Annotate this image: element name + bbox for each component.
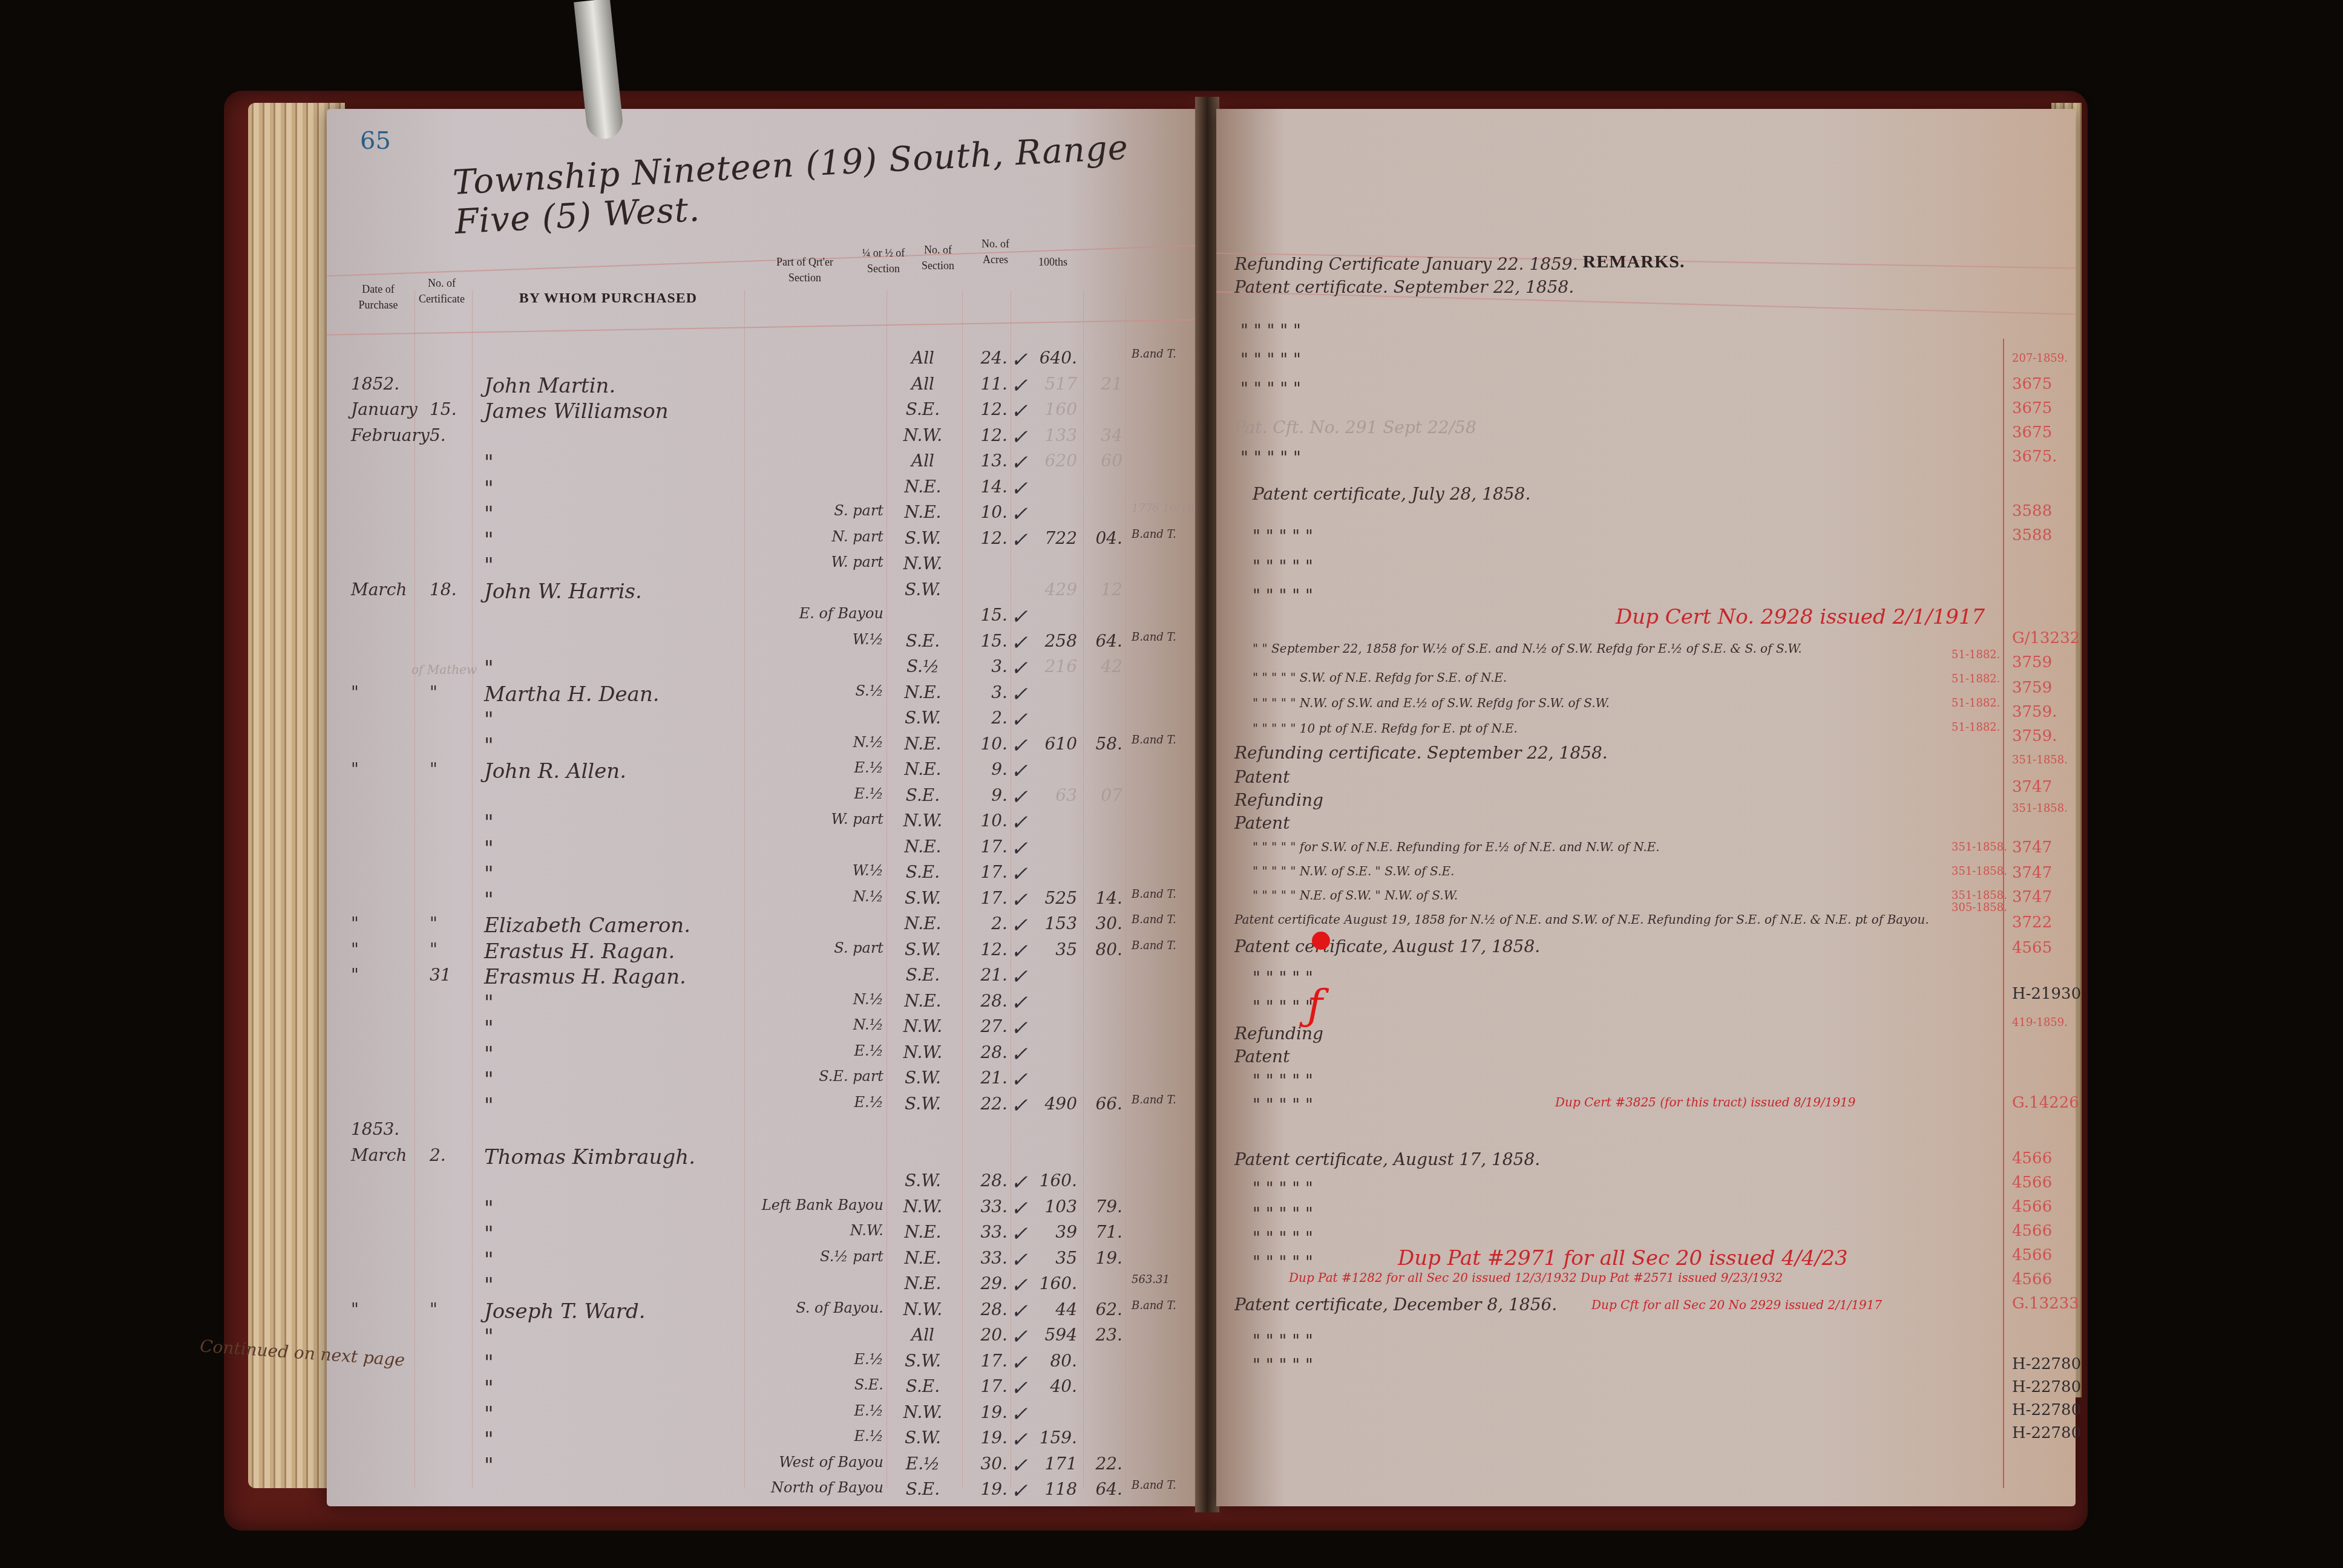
section-no: 17. — [965, 1351, 1008, 1371]
table-row: "Left Bank BayouN.W.33.✓10379. — [327, 1197, 1198, 1220]
section-no: 30. — [965, 1454, 1008, 1474]
quarter-section: S.E. — [886, 1376, 959, 1396]
table-row: W.½S.E.15.✓25864.B.and T. — [327, 631, 1198, 654]
table-row: March2.Thomas Kimbraugh. — [327, 1145, 1198, 1168]
purchase-date: " — [351, 939, 359, 959]
check-mark-icon: ✓ — [1011, 1376, 1028, 1400]
section-no: 3. — [965, 682, 1008, 702]
remark-entry: " " September 22, 1858 for W.½ of S.E. a… — [1253, 641, 1802, 656]
part-of-quarter: N.½ — [744, 991, 883, 1008]
bond-note: B.and T. — [1132, 348, 1176, 361]
remark-entry: " " " " " — [1240, 448, 1301, 468]
margin-number: H-21930 — [2012, 985, 2081, 1003]
purchase-date: " — [351, 1299, 359, 1319]
margin-number: 207-1859. — [2012, 352, 2068, 365]
check-mark-icon: ✓ — [1011, 862, 1028, 886]
purchaser-name: " — [484, 1094, 494, 1118]
header-by-whom-purchased: BY WHOM PURCHASED — [478, 290, 738, 306]
check-mark-icon: ✓ — [1011, 965, 1028, 989]
check-mark-icon: ✓ — [1011, 1325, 1028, 1349]
acres: 429 — [1029, 580, 1077, 599]
section-no: 22. — [965, 1094, 1008, 1114]
certificate-no: 15. — [430, 399, 466, 419]
page-number: 65 — [360, 127, 391, 155]
certificate-no: " — [430, 759, 466, 779]
remark-entry: " " " " " — [1240, 321, 1301, 341]
purchaser-name: " — [484, 528, 494, 552]
quarter-section: S.E. — [886, 1479, 959, 1499]
margin-number: 4566 — [2012, 1270, 2052, 1289]
quarter-section: N.E. — [886, 682, 959, 702]
margin-number: 3675 — [2012, 375, 2052, 393]
section-no: 10. — [965, 811, 1008, 831]
acres: 118 — [1029, 1479, 1077, 1499]
table-row: "All20.✓59423. — [327, 1325, 1198, 1348]
purchaser-name: " — [484, 1454, 494, 1478]
part-of-quarter: W. part — [744, 811, 883, 828]
margin-number: G.14226 — [2012, 1094, 2079, 1112]
purchase-date: January — [351, 399, 418, 419]
check-mark-icon: ✓ — [1011, 1351, 1028, 1375]
margin-number: 4566 — [2012, 1174, 2052, 1192]
section-no: 17. — [965, 837, 1008, 857]
acres: 35 — [1029, 1248, 1077, 1268]
acres: 44 — [1029, 1299, 1077, 1319]
remark-entry: Patent — [1234, 813, 1289, 833]
check-mark-icon: ✓ — [1011, 1222, 1028, 1246]
purchaser-name: Erastus H. Ragan. — [484, 939, 675, 964]
hundredths: 14. — [1086, 888, 1122, 908]
purchaser-name: " — [484, 477, 494, 501]
header-hundredths: 100ths — [1029, 254, 1077, 270]
purchaser-name: Martha H. Dean. — [484, 682, 660, 707]
section-no: 10. — [965, 502, 1008, 522]
quarter-section: N.W. — [886, 811, 959, 831]
red-annotation: Dup Cert No. 2928 issued 2/1/1917 — [1616, 605, 1985, 629]
section-no: 24. — [965, 348, 1008, 368]
quarter-section: S.E. — [886, 965, 959, 985]
quarter-section: S.E. — [886, 862, 959, 882]
remark-entry: Patent — [1234, 1047, 1289, 1067]
margin-number: 4566 — [2012, 1198, 2052, 1216]
bond-note: B.and T. — [1132, 528, 1176, 541]
check-mark-icon: ✓ — [1011, 811, 1028, 835]
purchaser-name: " — [484, 1428, 494, 1452]
margin-number: 3675 — [2012, 399, 2052, 417]
purchaser-name: " — [484, 502, 494, 526]
bond-note: B.and T. — [1132, 888, 1176, 901]
margin-number: 3759 — [2012, 679, 2052, 697]
check-mark-icon: ✓ — [1011, 888, 1028, 912]
table-row: "N.½N.W.27.✓ — [327, 1016, 1198, 1039]
margin-number: 3722 — [2012, 913, 2052, 932]
table-row: "N.E.17.✓ — [327, 837, 1198, 860]
table-row: "N.½S.W.17.✓52514.B.and T. — [327, 888, 1198, 911]
bond-note: B.and T. — [1132, 1479, 1176, 1492]
quarter-section: All — [886, 451, 959, 471]
table-row: "W. partN.W.10.✓ — [327, 811, 1198, 834]
hundredths: 42 — [1086, 656, 1122, 676]
acres: 159. — [1029, 1428, 1077, 1448]
acres: 160. — [1029, 1171, 1077, 1191]
margin-number: 419-1859. — [2012, 1016, 2068, 1029]
acres: 640. — [1029, 348, 1077, 368]
section-no: 15. — [965, 631, 1008, 651]
table-row: "E.½N.W.28.✓ — [327, 1042, 1198, 1065]
purchase-date: " — [351, 965, 359, 985]
purchaser-name: " — [484, 1248, 494, 1272]
purchaser-name: " — [484, 1273, 494, 1298]
purchaser-name: " — [484, 837, 494, 861]
purchaser-name: " — [484, 1197, 494, 1221]
purchaser-name: Erasmus H. Ragan. — [484, 965, 686, 989]
quarter-section: N.E. — [886, 1222, 959, 1242]
table-row: "S.W.2.✓ — [327, 708, 1198, 731]
part-of-quarter: E.½ — [744, 759, 883, 776]
check-mark-icon: ✓ — [1011, 759, 1028, 783]
table-row: "E.½S.W.22.✓49066.B.and T. — [327, 1094, 1198, 1117]
inline-margin-ref: 51-1882. — [1951, 648, 2001, 661]
margin-number: 3747 — [2012, 888, 2052, 906]
check-mark-icon: ✓ — [1011, 1068, 1028, 1092]
marginal-note: of Mathew — [411, 662, 477, 677]
purchaser-name: " — [484, 1016, 494, 1040]
header-part-of-quarter-section: Part of Qrt'er Section — [762, 254, 847, 286]
section-no: 17. — [965, 862, 1008, 882]
section-no: 28. — [965, 991, 1008, 1011]
red-annotation: Dup Pat #1282 for all Sec 20 issued 12/3… — [1289, 1270, 1783, 1285]
margin-number: G.13233 — [2012, 1295, 2079, 1313]
section-no: 17. — [965, 888, 1008, 908]
quarter-section: N.E. — [886, 759, 959, 779]
section-no: 12. — [965, 399, 1008, 419]
table-row: ""Elizabeth Cameron.N.E.2.✓15330.B.and T… — [327, 913, 1198, 936]
quarter-section: S.E. — [886, 631, 959, 651]
quarter-section: S.W. — [886, 1428, 959, 1448]
red-ink-mark: ƒ — [1307, 980, 1323, 1030]
remark-entry: " " " " " — [1253, 1178, 1313, 1198]
acres: 525 — [1029, 888, 1077, 908]
remark-entry: Patent certificate, August 17, 1858. — [1234, 1149, 1540, 1169]
section-no: 3. — [965, 656, 1008, 676]
inline-margin-ref: 51-1882. — [1951, 697, 2001, 710]
table-row: ""John R. Allen.E.½N.E.9.✓ — [327, 759, 1198, 782]
table-row: "W. partN.W. — [327, 554, 1198, 577]
quarter-section: N.E. — [886, 502, 959, 522]
quarter-section: N.W. — [886, 1299, 959, 1319]
certificate-no: " — [430, 1299, 466, 1319]
header-quarter-of-section: ¼ or ½ of Section — [859, 245, 908, 276]
bond-note: B.and T. — [1132, 734, 1176, 746]
quarter-section: S.W. — [886, 939, 959, 959]
table-row: "S.E. partS.W.21.✓ — [327, 1068, 1198, 1091]
part-of-quarter: N.½ — [744, 734, 883, 751]
table-row: January15.James WilliamsonS.E.12.✓160 — [327, 399, 1198, 422]
table-row: "West of BayouE.½30.✓17122. — [327, 1454, 1198, 1477]
section-no: 15. — [965, 605, 1008, 625]
acres: 490 — [1029, 1094, 1077, 1114]
purchaser-name: Thomas Kimbraugh. — [484, 1145, 695, 1169]
purchaser-name: Joseph T. Ward. — [484, 1299, 646, 1324]
remark-entry: " " " " " — [1253, 526, 1313, 546]
remark-entry: " " " " " — [1253, 997, 1313, 1017]
remark-entry: Patent certificate, August 17, 1858. — [1234, 936, 1540, 956]
purchase-date: " — [351, 913, 359, 933]
inline-margin-ref: 51-1882. — [1951, 673, 2001, 685]
bond-note: B.and T. — [1132, 1299, 1176, 1312]
remark-entry: " " " " " — [1253, 1331, 1313, 1351]
margin-number: 3759 — [2012, 653, 2052, 671]
quarter-section: All — [886, 374, 959, 394]
acres: 39 — [1029, 1222, 1077, 1242]
part-of-quarter: W.½ — [744, 862, 883, 879]
part-of-quarter: N.W. — [744, 1222, 883, 1239]
remark-entry: " " " " " — [1253, 968, 1313, 988]
table-row: February5.N.W.12.✓13334 — [327, 425, 1198, 448]
inline-margin-ref: 351-1858. — [1951, 889, 2007, 902]
part-of-quarter: W.½ — [744, 631, 883, 648]
inline-margin-ref: 351-1858. — [1951, 841, 2007, 854]
quarter-section: N.E. — [886, 477, 959, 497]
purchaser-name: " — [484, 1402, 494, 1426]
check-mark-icon: ✓ — [1011, 425, 1028, 449]
hundredths: 19. — [1086, 1248, 1122, 1268]
red-annotation: Dup Cft for all Sec 20 No 2929 issued 2/… — [1591, 1298, 1882, 1312]
remark-entry: Refunding — [1234, 790, 1323, 810]
part-of-quarter: S.E. — [744, 1376, 883, 1393]
margin-number: 351-1858. — [2012, 802, 2068, 815]
remark-entry: " " " " " — [1253, 1355, 1313, 1375]
part-of-quarter: E.½ — [744, 1351, 883, 1368]
certificate-no: 5. — [430, 425, 466, 445]
acres: 80. — [1029, 1351, 1077, 1371]
table-row: North of BayouS.E.19.✓11864.B.and T. — [327, 1479, 1198, 1502]
margin-number: 4566 — [2012, 1222, 2052, 1240]
bond-note: 1776 16/100 — [1132, 502, 1201, 515]
check-mark-icon: ✓ — [1011, 1248, 1028, 1272]
purchaser-name: " — [484, 862, 494, 886]
part-of-quarter: W. part — [744, 554, 883, 570]
check-mark-icon: ✓ — [1011, 1273, 1028, 1298]
quarter-section: S.E. — [886, 399, 959, 419]
header-rule-bottom — [327, 319, 1198, 335]
section-no: 2. — [965, 708, 1008, 728]
acres: 171 — [1029, 1454, 1077, 1474]
quarter-section: S.W. — [886, 1171, 959, 1191]
check-mark-icon: ✓ — [1011, 528, 1028, 552]
part-of-quarter: S.½ part — [744, 1248, 883, 1265]
quarter-section: S.W. — [886, 708, 959, 728]
margin-number: 4566 — [2012, 1149, 2052, 1168]
check-mark-icon: ✓ — [1011, 1042, 1028, 1067]
section-no: 12. — [965, 939, 1008, 959]
purchase-date: " — [351, 682, 359, 702]
margin-number: 3747 — [2012, 864, 2052, 882]
check-mark-icon: ✓ — [1011, 1197, 1028, 1221]
part-of-quarter: S.E. part — [744, 1068, 883, 1085]
acres: 160 — [1029, 399, 1077, 419]
hundredths: 34 — [1086, 425, 1122, 445]
check-mark-icon: ✓ — [1011, 1402, 1028, 1426]
remark-entry: Patent certificate. September 22, 1858. — [1234, 277, 1574, 297]
margin-number: 3747 — [2012, 838, 2052, 857]
section-no: 19. — [965, 1479, 1008, 1499]
table-row: "N.½N.E.10.✓61058.B.and T. — [327, 734, 1198, 757]
remark-entry: " " " " " — [1253, 1228, 1313, 1248]
table-row: "All13.✓62060 — [327, 451, 1198, 474]
purchase-date: " — [351, 759, 359, 779]
remark-entry: Refunding Certificate January 22. 1859. — [1234, 254, 1578, 274]
remark-entry: " " " " " S.W. of N.E. Refdg for S.E. of… — [1253, 670, 1507, 685]
check-mark-icon: ✓ — [1011, 656, 1028, 681]
section-no: 9. — [965, 759, 1008, 779]
remark-entry: " " " " " — [1253, 557, 1313, 577]
purchaser-name: " — [484, 1042, 494, 1067]
table-row: "E.½S.W.19.✓159. — [327, 1428, 1198, 1451]
check-mark-icon: ✓ — [1011, 451, 1028, 475]
certificate-no: 31 — [430, 965, 466, 985]
quarter-section: N.E. — [886, 1248, 959, 1268]
left-page: 65 Township Nineteen (19) South, Range F… — [327, 109, 1198, 1506]
check-mark-icon: ✓ — [1011, 1171, 1028, 1195]
part-of-quarter: E.½ — [744, 1042, 883, 1059]
remark-entry: Refunding certificate. September 22, 185… — [1234, 743, 1608, 763]
table-row: "S. partN.E.10.✓1776 16/100 — [327, 502, 1198, 525]
purchaser-name: John Martin. — [484, 374, 615, 398]
acres: 722 — [1029, 528, 1077, 548]
quarter-section: S.W. — [886, 580, 959, 599]
inline-margin-ref: 51-1882. — [1951, 721, 2001, 734]
purchase-date: March — [351, 1145, 407, 1165]
remark-entry: Pat. Cft. No. 291 Sept 22/58 — [1234, 417, 1476, 437]
remark-entry: " " " " " — [1253, 1071, 1313, 1091]
purchaser-name: " — [484, 1351, 494, 1375]
purchaser-name: " — [484, 708, 494, 732]
purchaser-name: " — [484, 1068, 494, 1092]
acres: 620 — [1029, 451, 1077, 471]
margin-number: 4566 — [2012, 1246, 2052, 1264]
hundredths: 04. — [1086, 528, 1122, 548]
quarter-section: All — [886, 1325, 959, 1345]
red-ink-blot — [1312, 932, 1330, 950]
remark-entry: Patent certificate August 19, 1858 for N… — [1234, 912, 1929, 927]
purchaser-name: " — [484, 1376, 494, 1400]
quarter-section: S.W. — [886, 1094, 959, 1114]
hundredths: 07 — [1086, 785, 1122, 805]
table-row: All24.✓640.B.and T. — [327, 348, 1198, 371]
section-no: 21. — [965, 1068, 1008, 1088]
quarter-section: All — [886, 348, 959, 368]
hundredths: 66. — [1086, 1094, 1122, 1114]
purchaser-name: John R. Allen. — [484, 759, 626, 783]
margin-number: 3759. — [2012, 703, 2057, 721]
section-no: 11. — [965, 374, 1008, 394]
check-mark-icon: ✓ — [1011, 734, 1028, 758]
certificate-no: 18. — [430, 580, 466, 599]
section-no: 19. — [965, 1402, 1008, 1422]
quarter-section: S.W. — [886, 888, 959, 908]
section-no: 9. — [965, 785, 1008, 805]
hundredths: 58. — [1086, 734, 1122, 754]
remark-entry: " " " " " 10 pt of N.E. Refdg for E. pt … — [1253, 721, 1518, 736]
bond-note: B.and T. — [1132, 1094, 1176, 1106]
remark-entry: " " " " " — [1240, 379, 1301, 399]
hundredths: 60 — [1086, 451, 1122, 471]
check-mark-icon: ✓ — [1011, 708, 1028, 732]
hundredths: 30. — [1086, 913, 1122, 933]
purchaser-name: " — [484, 991, 494, 1015]
table-row: "N.E.14.✓ — [327, 477, 1198, 500]
remark-entry: " " " " " — [1240, 350, 1301, 370]
table-row: ""Erastus H. Ragan.S. partS.W.12.✓3580.B… — [327, 939, 1198, 962]
table-row: S.W.28.✓160. — [327, 1171, 1198, 1194]
certificate-no: " — [430, 913, 466, 933]
section-no: 12. — [965, 528, 1008, 548]
table-row: ""Joseph T. Ward.S. of Bayou.N.W.28.✓446… — [327, 1299, 1198, 1322]
remark-entry: Patent certificate, July 28, 1858. — [1253, 484, 1530, 504]
quarter-section: S.E. — [886, 785, 959, 805]
acres: 40. — [1029, 1376, 1077, 1396]
header-remarks: REMARKS. — [1555, 254, 1712, 270]
check-mark-icon: ✓ — [1011, 348, 1028, 372]
certificate-no: " — [430, 939, 466, 959]
quarter-section: E.½ — [886, 1454, 959, 1474]
margin-number: G/13232 — [2012, 629, 2080, 647]
acres: 153 — [1029, 913, 1077, 933]
table-row: E. of Bayou15.✓ — [327, 605, 1198, 628]
part-of-quarter: E.½ — [744, 1094, 883, 1111]
header-section-no: No. of Section — [914, 242, 962, 273]
section-no: 28. — [965, 1042, 1008, 1062]
quarter-section: N.E. — [886, 734, 959, 754]
part-of-quarter: E.½ — [744, 785, 883, 802]
part-of-quarter: E.½ — [744, 1402, 883, 1419]
table-row: "31Erasmus H. Ragan.S.E.21.✓ — [327, 965, 1198, 988]
purchaser-name: " — [484, 656, 494, 681]
quarter-section: N.E. — [886, 837, 959, 857]
check-mark-icon: ✓ — [1011, 374, 1028, 398]
check-mark-icon: ✓ — [1011, 502, 1028, 526]
red-annotation: Dup Cert #3825 (for this tract) issued 8… — [1555, 1095, 1856, 1109]
margin-number: H-22780 — [2012, 1355, 2081, 1373]
acres: 258 — [1029, 631, 1077, 651]
hundredths: 79. — [1086, 1197, 1122, 1217]
check-mark-icon: ✓ — [1011, 682, 1028, 707]
remark-entry: " " " " " — [1253, 586, 1313, 606]
acres: 133 — [1029, 425, 1077, 445]
book-gutter — [1195, 97, 1219, 1512]
acres: 160. — [1029, 1273, 1077, 1293]
table-row: "S.½ partN.E.33.✓3519. — [327, 1248, 1198, 1271]
part-of-quarter: N.½ — [744, 1016, 883, 1033]
check-mark-icon: ✓ — [1011, 1454, 1028, 1478]
purchaser-name: Elizabeth Cameron. — [484, 913, 690, 938]
check-mark-icon: ✓ — [1011, 1479, 1028, 1503]
section-no: 14. — [965, 477, 1008, 497]
purchase-date: 1853. — [351, 1119, 399, 1139]
check-mark-icon: ✓ — [1011, 991, 1028, 1015]
margin-number: 3759. — [2012, 727, 2057, 745]
acres: 216 — [1029, 656, 1077, 676]
section-no: 33. — [965, 1248, 1008, 1268]
check-mark-icon: ✓ — [1011, 1016, 1028, 1040]
header-acres: No. of Acres — [968, 236, 1023, 267]
quarter-section: N.W. — [886, 1402, 959, 1422]
hundredths: 64. — [1086, 631, 1122, 651]
header-date-of-purchase: Date of Purchase — [351, 281, 405, 313]
table-row: ""Martha H. Dean.S.½N.E.3.✓ — [327, 682, 1198, 705]
margin-number: H-22780 — [2012, 1424, 2081, 1442]
